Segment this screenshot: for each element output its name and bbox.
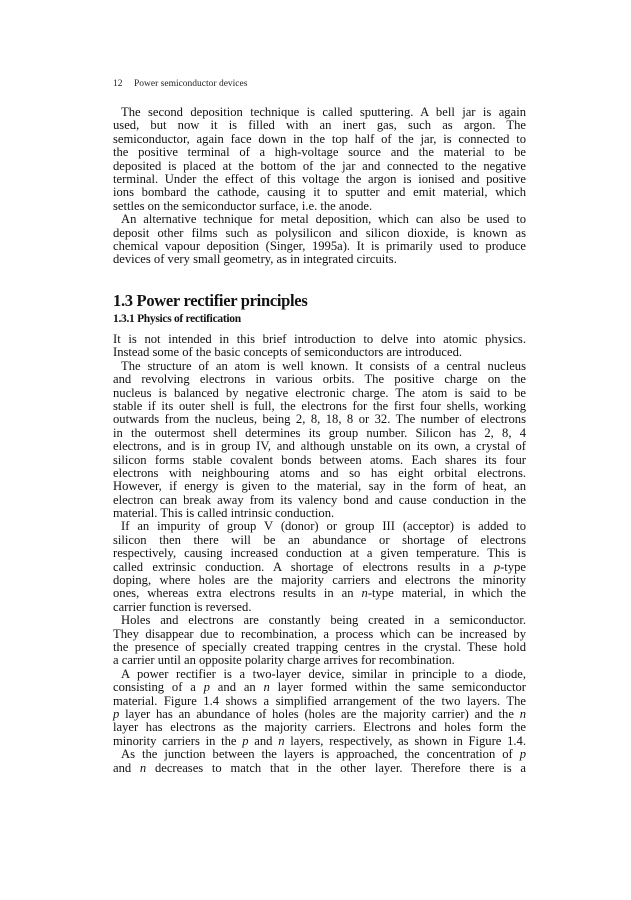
text-line: electrons, and is in group IV, and altho…	[113, 440, 526, 453]
text-run: and	[249, 734, 279, 748]
text-line: material. This is called intrinsic condu…	[113, 507, 526, 520]
text-run: and	[113, 761, 140, 775]
text-line: layer has electrons as the majority carr…	[113, 721, 526, 734]
text-line: settles on the semiconductor surface, i.…	[113, 200, 526, 213]
italic-symbol: p	[520, 747, 526, 761]
section-heading: 1.3 Power rectifier principles	[113, 291, 307, 311]
text-line: and n decreases to match that in the oth…	[113, 762, 526, 775]
text-run: layer formed within the same semiconduct…	[270, 680, 526, 694]
text-line: in the outermost shell determines its gr…	[113, 427, 526, 440]
text-run: decreases to match that in the other lay…	[146, 761, 526, 775]
text-run: -type	[500, 560, 526, 574]
text-line: the presence of specially created trappi…	[113, 641, 526, 654]
text-line: As the junction between the layers is ap…	[113, 748, 526, 761]
text-line: semiconductor, again face down in the to…	[113, 133, 526, 146]
text-line: p layer has an abundance of holes (holes…	[113, 708, 526, 721]
text-run: layer has an abundance of holes (holes a…	[119, 707, 519, 721]
text-line: and revolving electrons in various orbit…	[113, 373, 526, 386]
text-run: minority carriers in the	[113, 734, 242, 748]
text-line: ions bombard the cathode, causing it to …	[113, 186, 526, 199]
text-line: called extrinsic conduction. A shortage …	[113, 561, 526, 574]
text-line: They disappear due to recombination, a p…	[113, 628, 526, 641]
text-line: ones, whereas extra electrons results in…	[113, 587, 526, 600]
text-line: devices of very small geometry, as in in…	[113, 253, 526, 266]
running-head-title: Power semiconductor devices	[134, 79, 247, 89]
text-line: minority carriers in the p and n layers,…	[113, 735, 526, 748]
text-line: outwards from the nucleus, being 2, 8, 1…	[113, 413, 526, 426]
text-run: ones, whereas extra electrons results in…	[113, 586, 362, 600]
text-line: material. Figure 1.4 shows a simplified …	[113, 695, 526, 708]
text-line: If an impurity of group V (donor) or gro…	[113, 520, 526, 533]
text-line: deposited is placed at the bottom of the…	[113, 160, 526, 173]
text-run: called extrinsic conduction. A shortage …	[113, 560, 494, 574]
text-run: -type material, in which the	[368, 586, 526, 600]
subsection-heading: 1.3.1 Physics of rectification	[113, 313, 241, 325]
text-line: The second deposition technique is calle…	[113, 106, 526, 119]
text-line: electron can break away from its valency…	[113, 494, 526, 507]
text-line: terminal. Under the effect of this volta…	[113, 173, 526, 186]
text-line: silicon forms stable covalent bonds betw…	[113, 454, 526, 467]
text-line: used, but now it is filled with an inert…	[113, 119, 526, 132]
text-line: carrier function is reversed.	[113, 601, 526, 614]
running-head: 12Power semiconductor devices	[113, 79, 247, 89]
text-run: and an	[210, 680, 264, 694]
text-run: consisting of a	[113, 680, 204, 694]
text-line: stable if its outer shell is full, the e…	[113, 400, 526, 413]
paragraph-block-physics: It is not intended in this brief introdu…	[113, 333, 526, 775]
text-line: chemical vapour deposition (Singer, 1995…	[113, 240, 526, 253]
text-line: nucleus is balanced by negative electron…	[113, 387, 526, 400]
text-run: layers, respectively, as shown in Figure…	[285, 734, 526, 748]
text-line: electrons with neighbouring atoms and so…	[113, 467, 526, 480]
text-line: Holes and electrons are constantly being…	[113, 614, 526, 627]
text-line: The structure of an atom is well known. …	[113, 360, 526, 373]
page-number: 12	[113, 79, 134, 89]
text-line: the positive terminal of a high-voltage …	[113, 146, 526, 159]
text-line: A power rectifier is a two-layer device,…	[113, 668, 526, 681]
text-line: It is not intended in this brief introdu…	[113, 333, 526, 346]
text-line: doping, where holes are the majority car…	[113, 574, 526, 587]
text-line: deposit other films such as polysilicon …	[113, 227, 526, 240]
text-line: respectively, causing increased conducti…	[113, 547, 526, 560]
paragraph-block-sputtering: The second deposition technique is calle…	[113, 106, 526, 267]
text-run: As the junction between the layers is ap…	[121, 747, 520, 761]
text-line: a carrier until an opposite polarity cha…	[113, 654, 526, 667]
text-line: silicon then there will be an abundance …	[113, 534, 526, 547]
document-page: 12Power semiconductor devices The second…	[0, 0, 631, 900]
text-line: However, if energy is given to the mater…	[113, 480, 526, 493]
text-line: An alternative technique for metal depos…	[113, 213, 526, 226]
text-line: Instead some of the basic concepts of se…	[113, 346, 526, 359]
italic-symbol: n	[520, 707, 526, 721]
text-line: consisting of a p and an n layer formed …	[113, 681, 526, 694]
